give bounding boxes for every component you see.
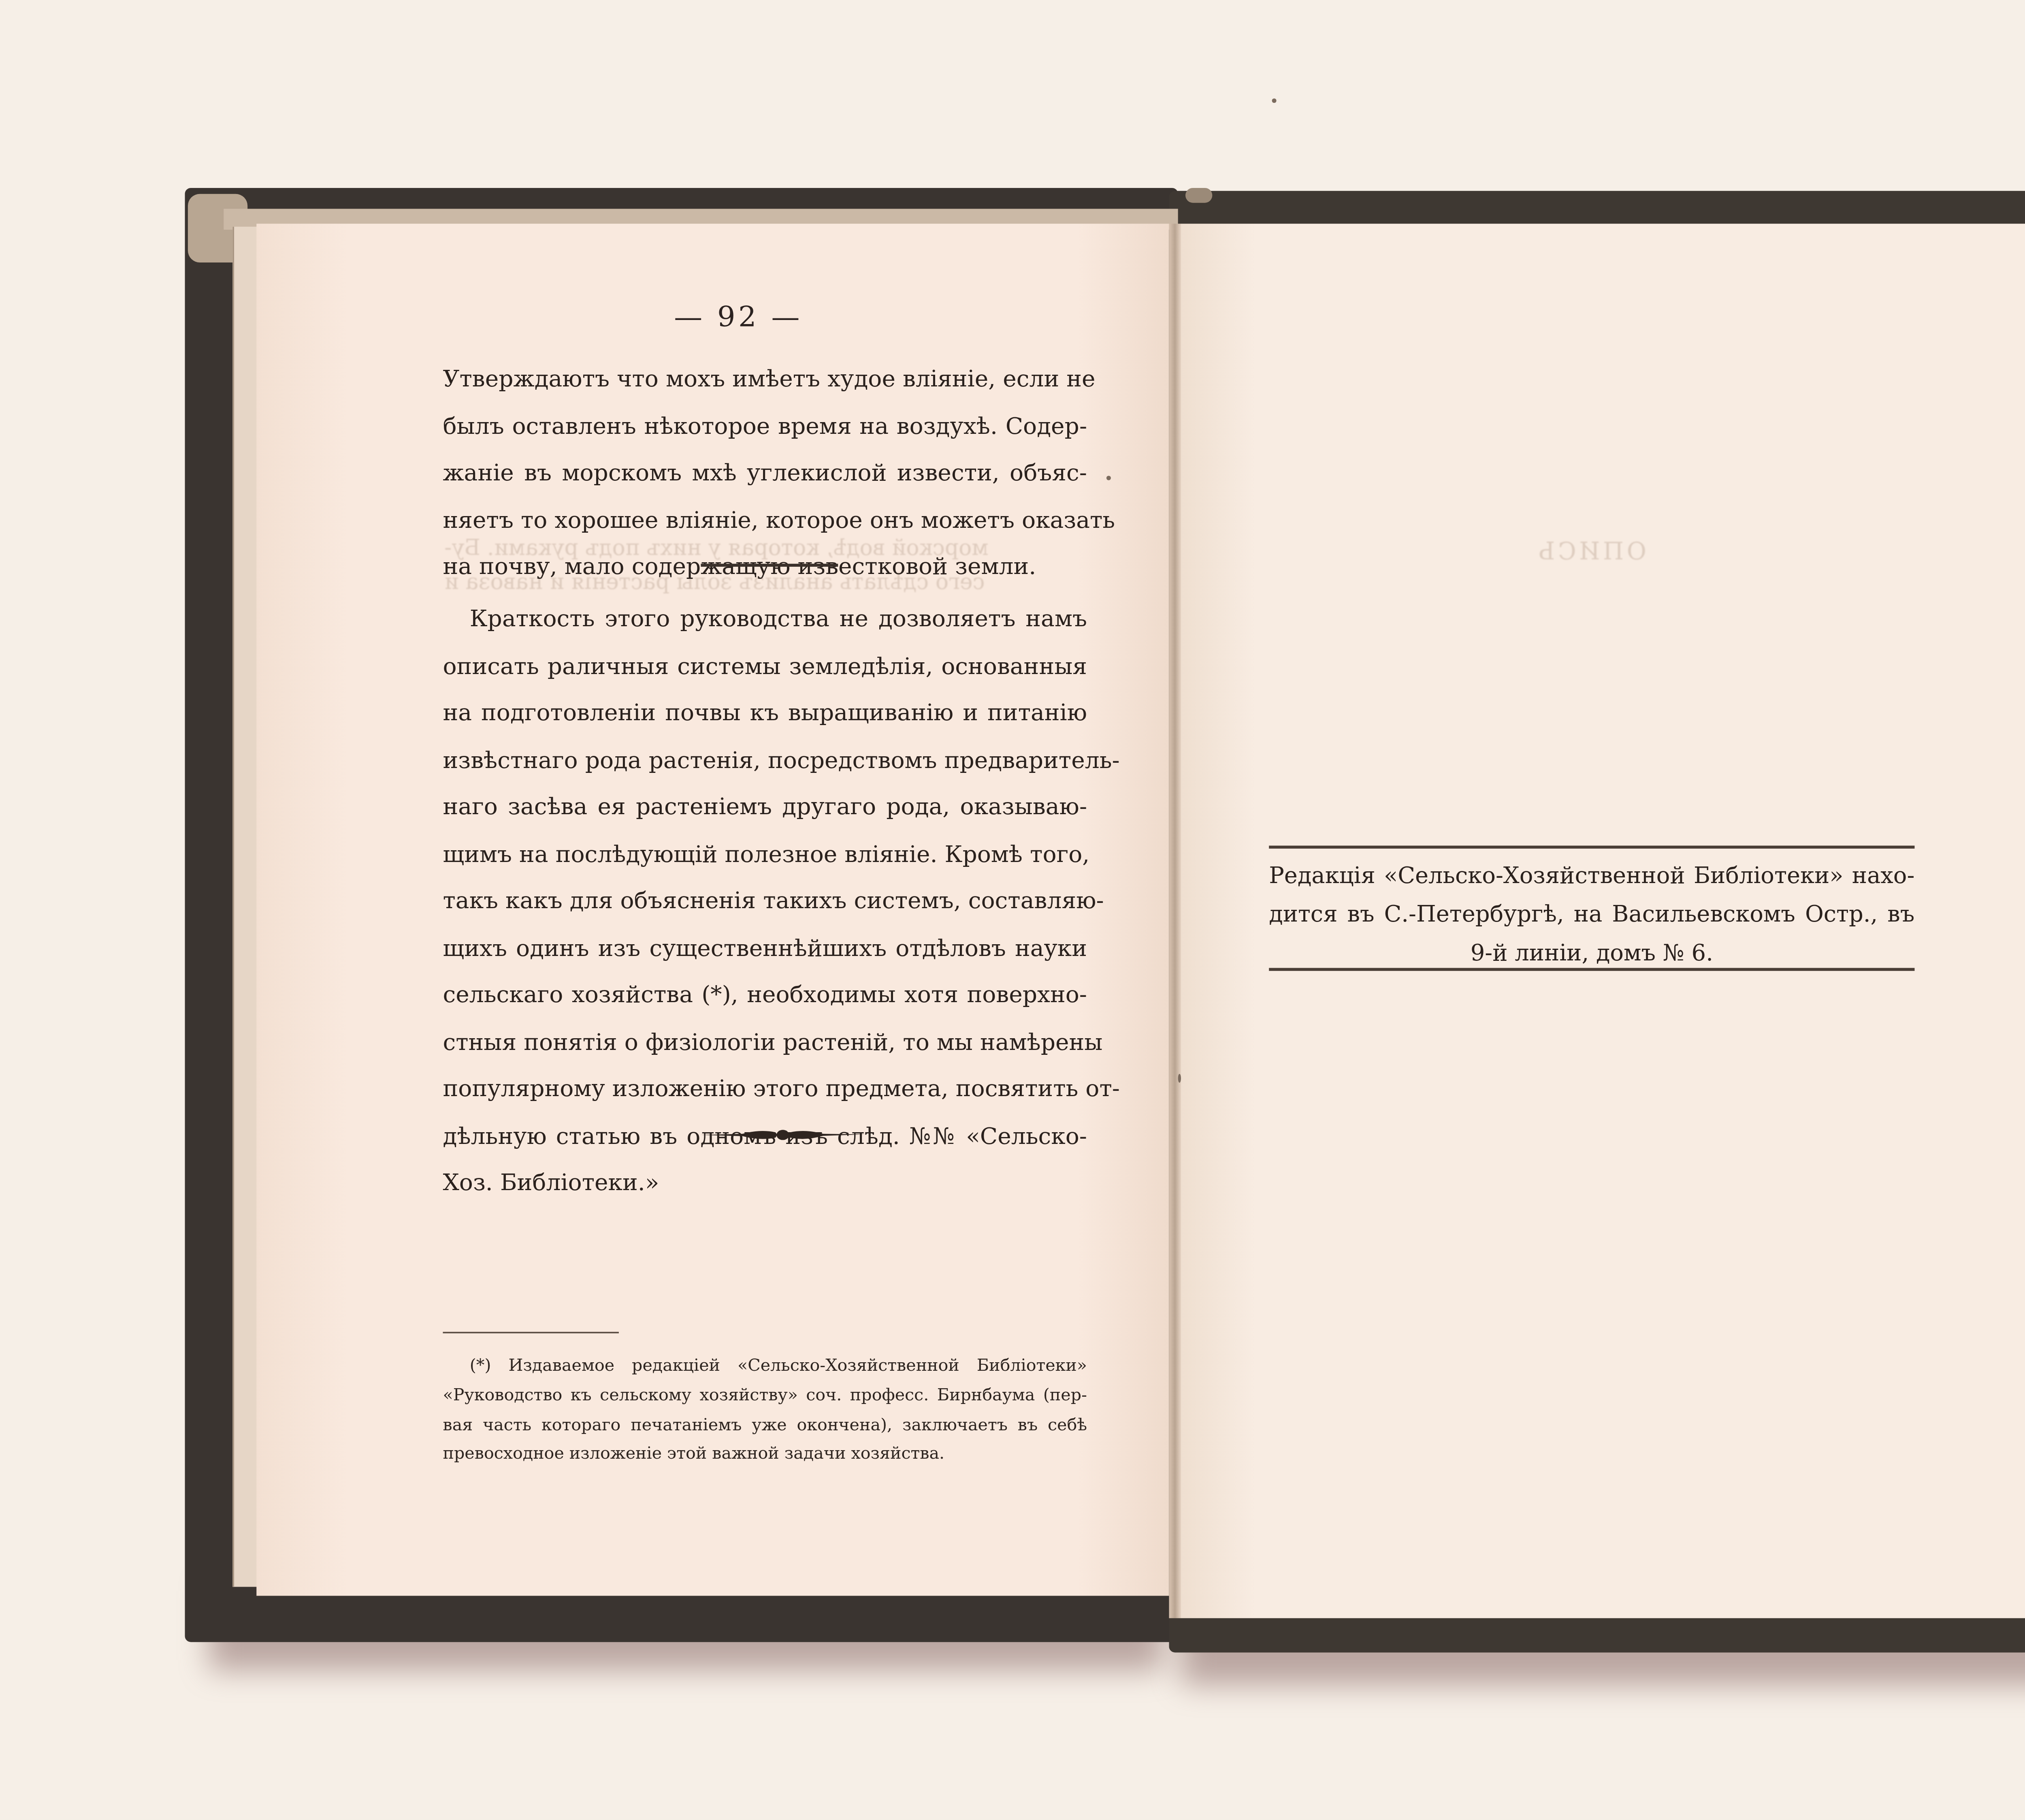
paragraph-brevity: Краткость этого руководства не дозволяет…	[443, 597, 1087, 1208]
imprint-line: дится въ С.-Петербургѣ, на Васильевскомъ…	[1269, 895, 1914, 934]
text-line: на подготовленіи почвы къ выращиванію и …	[443, 691, 1087, 738]
footnote-line: вая часть котораго печатаніемъ уже оконч…	[443, 1410, 1087, 1440]
imprint-rule-bottom	[1269, 968, 1914, 971]
text-line: извѣстнаго рода растенія, посредствомъ п…	[443, 738, 1087, 785]
paragraph-moss: Утверждаютъ что мохъ имѣетъ худое вліяні…	[443, 356, 1087, 591]
text-line: Хоз. Библіотеки.»	[443, 1160, 1087, 1207]
text-line: популярному изложенію этого предмета, по…	[443, 1066, 1087, 1113]
text-line: наго засѣва ея растеніемъ другаго рода, …	[443, 785, 1087, 832]
text-line: сельскаго хозяйства (*), необходимы хотя…	[443, 973, 1087, 1020]
text-line: стныя понятія о физіологіи растеній, то …	[443, 1020, 1087, 1067]
text-line: жаніе въ морскомъ мхѣ углекислой извести…	[443, 450, 1087, 497]
text-line: такъ какъ для объясненія такихъ системъ,…	[443, 879, 1087, 926]
text-line: былъ оставленъ нѣкоторое время на воздух…	[443, 403, 1087, 450]
text-line: щимъ на послѣдующій полезное вліяніе. Кр…	[443, 832, 1087, 879]
imprint-line: 9-й линіи, домъ № 6.	[1269, 934, 1914, 973]
bleed-through-heading: ОПИСЬ	[1536, 529, 1646, 574]
text-line: Краткость этого руководства не дозволяет…	[443, 597, 1087, 644]
text-line: описать раличныя системы земледѣлія, осн…	[443, 644, 1087, 691]
footnote: (*) Издаваемое редакціей «Сельско-Хозяйс…	[443, 1351, 1087, 1470]
footnote-line: (*) Издаваемое редакціей «Сельско-Хозяйс…	[443, 1351, 1087, 1381]
text-line: няетъ то хорошее вліяніе, которое онъ мо…	[443, 497, 1087, 544]
footnote-line: превосходное изложеніе этой важной задач…	[443, 1440, 1087, 1469]
footnote-rule	[443, 1332, 618, 1334]
publisher-imprint: Редакція «Сельско-Хозяйственной Библіоте…	[1269, 856, 1914, 972]
fleuron-ornament	[701, 1127, 865, 1142]
paper-speck	[1178, 1074, 1181, 1083]
footnote-line: «Руководство къ сельскому хозяйству» соч…	[443, 1381, 1087, 1410]
paper-speck	[1272, 98, 1277, 103]
section-divider-rule	[701, 564, 838, 567]
paper-speck	[1106, 476, 1111, 480]
text-line: Утверждаютъ что мохъ имѣетъ худое вліяні…	[443, 356, 1087, 403]
spine-wear-top	[1185, 188, 1212, 203]
photo-scene: морской водѣ, которая у нихъ подъ руками…	[0, 0, 2025, 1820]
imprint-line: Редакція «Сельско-Хозяйственной Библіоте…	[1269, 856, 1914, 895]
page-number: — 92 —	[674, 301, 803, 334]
book-gutter	[1169, 224, 1181, 1618]
imprint-rule-top	[1269, 846, 1914, 849]
text-line: на почву, мало содержащую известковой зе…	[443, 544, 1087, 591]
text-line: щихъ одинъ изъ существеннѣйшихъ отдѣловъ…	[443, 926, 1087, 973]
